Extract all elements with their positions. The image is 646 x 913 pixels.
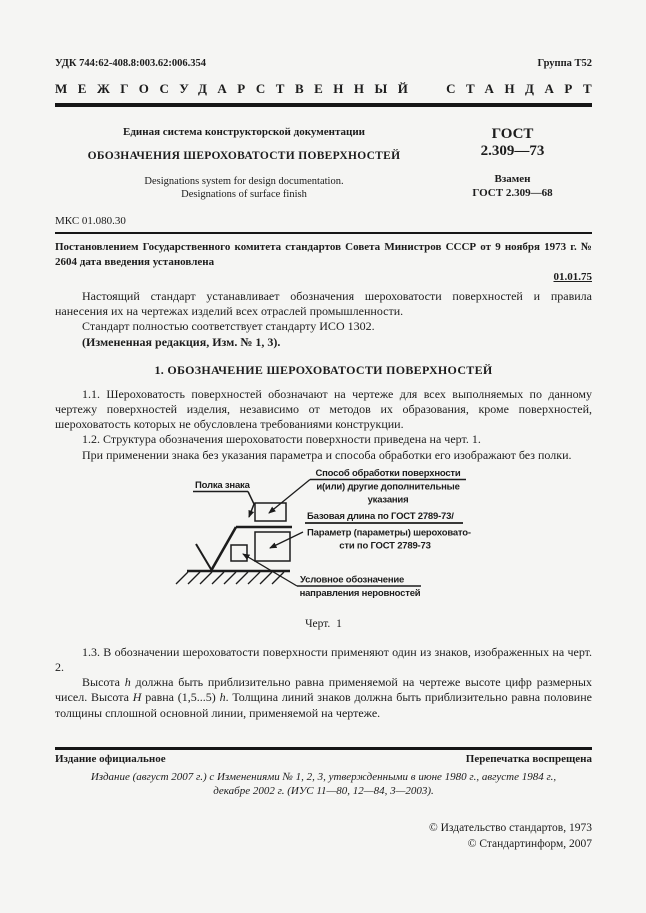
title-en-line1: Designations system for design documenta… (55, 175, 433, 188)
introduction-date: 01.01.75 (554, 271, 593, 283)
title-left-column: Единая система конструкторской документа… (55, 126, 433, 201)
document-page: УДК 744:62-408.8:003.62:006.354 Группа Т… (0, 0, 646, 913)
edition-note-line2: декабре 2002 г. (ИУС 11—80, 12—84, 3—200… (55, 784, 592, 798)
replaces-number: ГОСТ 2.309—68 (433, 186, 592, 200)
surface-hatching (176, 572, 284, 584)
title-right-column: ГОСТ 2.309—73 Взамен ГОСТ 2.309—68 (433, 126, 592, 201)
copyright-block: © Издательство стандартов, 1973 © Станда… (55, 820, 592, 853)
standard-type-heading: МЕЖГОСУДАРСТВЕННЫЙ СТАНДАРТ (55, 81, 592, 97)
figure-1: Полка знака (0, 465, 646, 612)
method-leader-line (269, 479, 310, 513)
header-row: УДК 744:62-408.8:003.62:006.354 Группа Т… (55, 58, 592, 69)
clause-1-1: 1.1. Шероховатость поверхностей обознача… (55, 387, 592, 433)
decree-paragraph: Постановлением Государственного комитета… (55, 240, 592, 269)
method-label-line2: и(или) другие дополнительные (316, 481, 459, 492)
figure-1-caption: Черт. 1 (55, 618, 592, 630)
gost-label: ГОСТ (433, 126, 592, 143)
official-edition-label: Издание официальное (55, 753, 166, 765)
intro-paragraph-1: Настоящий стандарт устанавливает обознач… (55, 289, 592, 319)
text-segment: Высота (82, 675, 125, 689)
title-block: Единая система конструкторской документа… (55, 126, 592, 201)
eskd-system-title: Единая система конструкторской документа… (55, 126, 433, 138)
method-label-line1: Способ обработки поверхности (315, 468, 460, 479)
symbol-short-leg (196, 544, 212, 570)
clause-1-1-text: 1.1. Шероховатость поверхностей обознача… (55, 387, 592, 433)
shelf-label: Полка знака (195, 480, 251, 491)
document-title-english: Designations system for design documenta… (55, 175, 433, 201)
replaces-label: Взамен (433, 172, 592, 186)
base-length-label: Базовая длина по ГОСТ 2789-73/ (307, 511, 454, 522)
udk-code: УДК 744:62-408.8:003.62:006.354 (55, 58, 206, 69)
replaces-block: Взамен ГОСТ 2.309—68 (433, 172, 592, 200)
clause-1-2-text: 1.2. Структура обозначения шероховатости… (55, 432, 592, 447)
document-title: ОБОЗНАЧЕНИЯ ШЕРОХОВАТОСТИ ПОВЕРХНОСТЕЙ (55, 150, 433, 162)
direction-box (231, 545, 247, 561)
clause-1-3-text: 1.3. В обозначении шероховатости поверхн… (55, 645, 592, 675)
direction-label-line2: направления неровностей (300, 588, 421, 599)
clause-1-2: 1.2. Структура обозначения шероховатости… (55, 432, 592, 462)
introduction-date-line: 01.01.75 (55, 271, 592, 283)
parameter-leader-line (270, 532, 303, 548)
header-rule (55, 103, 592, 107)
intro-paragraph-2: Стандарт полностью соответствует стандар… (55, 319, 592, 334)
gost-number: 2.309—73 (433, 143, 592, 160)
title-en-line2: Designations of surface finish (55, 188, 433, 201)
intro-paragraph-3: (Измененная редакция, Изм. № 1, 3). (55, 335, 592, 350)
roughness-symbol-diagram: Полка знака (0, 465, 646, 607)
reprint-forbidden-label: Перепечатка воспрещена (466, 753, 592, 765)
symbol-long-leg (212, 527, 237, 570)
parameter-label-line2: сти по ГОСТ 2789-73 (339, 540, 430, 551)
footer-rule (55, 747, 592, 750)
clause-1-2-note: При применении знака без указания параме… (55, 448, 592, 463)
copyright-line2: © Стандартинформ, 2007 (55, 836, 592, 853)
direction-label-line1: Условное обозначение (300, 574, 404, 585)
edition-note: Издание (август 2007 г.) с Изменениями №… (55, 770, 592, 798)
text-segment: равна (1,5...5) (141, 690, 219, 704)
mks-rule (55, 232, 592, 234)
shelf-leader-arrow (248, 491, 254, 517)
copyright-line1: © Издательство стандартов, 1973 (55, 820, 592, 837)
parameter-label-line1: Параметр (параметры) шероховато- (307, 527, 471, 538)
edition-note-line1: Издание (август 2007 г.) с Изменениями №… (55, 770, 592, 784)
intro-section: Настоящий стандарт устанавливает обознач… (55, 289, 592, 350)
section-1-heading: 1. ОБОЗНАЧЕНИЕ ШЕРОХОВАТОСТИ ПОВЕРХНОСТЕ… (55, 363, 592, 378)
method-label-line3: указания (368, 494, 409, 505)
group-code: Группа Т52 (538, 58, 592, 69)
clause-1-3-note: Высота h должна быть приблизительно равн… (55, 675, 592, 721)
mks-code: МКС 01.080.30 (55, 215, 592, 227)
clause-1-3: 1.3. В обозначении шероховатости поверхн… (55, 645, 592, 721)
footer-row: Издание официальное Перепечатка воспреще… (55, 753, 592, 765)
